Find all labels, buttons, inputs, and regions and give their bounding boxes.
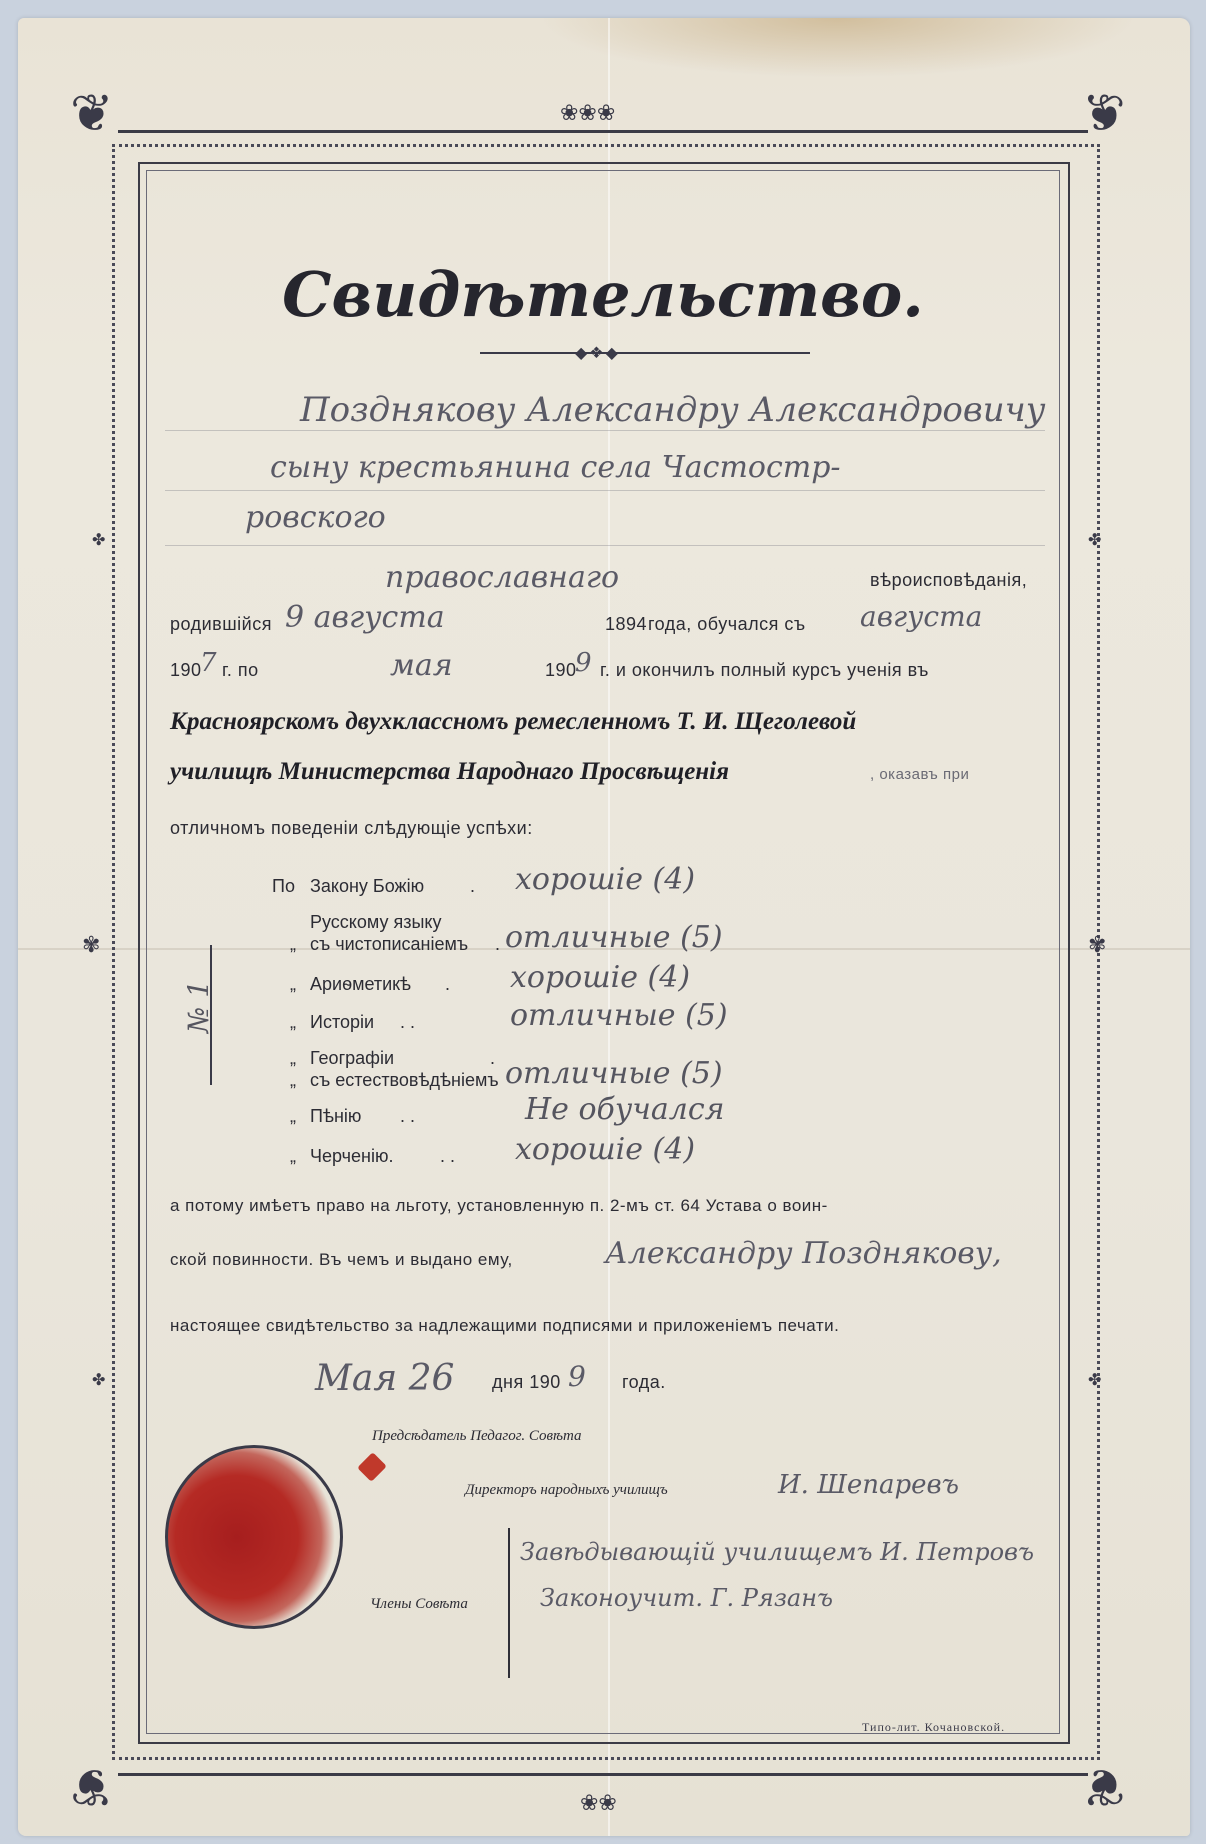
study-start-year-prefix: 190 bbox=[170, 660, 202, 681]
study-start-year-digit: 7 bbox=[200, 648, 217, 678]
grade-prefix: „ bbox=[290, 1012, 296, 1033]
holder-name-line1: Позднякову Александру Александровичу bbox=[300, 390, 1045, 430]
flourish-corner-icon: ❦ bbox=[70, 88, 114, 140]
right-side-ornament-icon: ✾ bbox=[1088, 932, 1106, 958]
grade-value: отличные (5) bbox=[510, 998, 728, 1033]
born-day-month: 9 августа bbox=[285, 600, 445, 635]
subject-label: Географіи bbox=[310, 1048, 394, 1069]
subject-label: Русскому языку bbox=[310, 912, 441, 933]
grade-value: хорошіе (4) bbox=[515, 862, 695, 897]
director-label: Директоръ народныхъ училищъ bbox=[465, 1482, 668, 1499]
grade-prefix: „ bbox=[290, 1106, 296, 1127]
religion-label: вѣроисповѣданія, bbox=[870, 570, 1027, 591]
top-center-ornament-icon: ❀❀❀ bbox=[560, 100, 615, 126]
left-rosette-icon: ✤ bbox=[92, 530, 105, 550]
religion-value: православнаго bbox=[385, 560, 619, 595]
study-start-month: августа bbox=[860, 600, 982, 633]
grade-value: отличные (5) bbox=[505, 920, 723, 955]
left-side-ornament-icon: ✾ bbox=[82, 932, 100, 958]
issue-date-handwritten: Мая 26 bbox=[315, 1358, 454, 1399]
leader-dots: . . bbox=[400, 1012, 415, 1033]
grade-prefix: „ bbox=[290, 1070, 296, 1091]
grade-prefix: „ bbox=[290, 1048, 296, 1069]
holder-name-line3: ровского bbox=[245, 500, 386, 535]
member1-signature: Завѣдывающій училищемъ И. Петровъ bbox=[520, 1538, 1034, 1566]
subject-label: съ чистописаніемъ bbox=[310, 934, 468, 955]
grade-value: Не обучался bbox=[525, 1092, 725, 1127]
grade-prefix: „ bbox=[290, 974, 296, 995]
issue-date-year-digit: 9 bbox=[568, 1360, 586, 1393]
fill-line bbox=[165, 430, 1045, 431]
study-to-label: г. по bbox=[222, 660, 259, 681]
flourish-corner-icon: ❦ bbox=[70, 1760, 114, 1812]
members-bracket bbox=[508, 1528, 510, 1678]
grade-prefix: „ bbox=[290, 934, 296, 955]
registry-number: № 1 bbox=[182, 980, 215, 1033]
study-end-month: мая bbox=[390, 648, 453, 683]
privilege-line1: а потому имѣетъ право на льготу, установ… bbox=[170, 1196, 828, 1216]
leader-dots: . . bbox=[400, 1106, 415, 1127]
issue-date-year-label: года. bbox=[622, 1372, 666, 1393]
bottom-center-ornament-icon: ❀❀ bbox=[580, 1790, 617, 1816]
issue-date-day-label: дня 190 bbox=[492, 1372, 561, 1393]
flourish-corner-icon: ❦ bbox=[1082, 1760, 1126, 1812]
subject-label: Черченію. bbox=[310, 1146, 393, 1167]
water-stain bbox=[538, 18, 1138, 78]
leader-dots: . . bbox=[440, 1146, 455, 1167]
conduct-line: отличномъ поведеніи слѣдующіе успѣхи: bbox=[170, 818, 533, 839]
study-end-year-digit: 9 bbox=[575, 648, 592, 678]
school-name-line2: училищѣ Министерства Народнаго Просвѣщен… bbox=[170, 758, 729, 786]
study-end-suffix: г. и окончилъ полный курсъ ученія въ bbox=[600, 660, 929, 681]
divider-ornament-icon: ◆❖◆ bbox=[575, 343, 620, 363]
wax-seal bbox=[165, 1445, 343, 1629]
fill-line bbox=[165, 545, 1045, 546]
chairman-label: Предсѣдатель Педагог. Совѣта bbox=[372, 1428, 582, 1445]
subject-label: Ариѳметикѣ bbox=[310, 974, 411, 995]
born-year: 1894 bbox=[605, 614, 647, 635]
grade-prefix: „ bbox=[290, 1146, 296, 1167]
member2-signature: Законоучит. Г. Рязанъ bbox=[540, 1584, 833, 1612]
document-title: Свидѣтельство. bbox=[0, 258, 1206, 331]
holder-name-line2: сыну крестьянина села Частостр- bbox=[270, 450, 841, 485]
leader-dots: . bbox=[470, 876, 475, 897]
title-divider bbox=[480, 352, 810, 354]
members-label: Члены Совѣта bbox=[370, 1596, 468, 1613]
privilege-line2-prefix: ской повинности. Въ чемъ и выдано ему, bbox=[170, 1250, 513, 1270]
director-signature: И. Шепаревъ bbox=[778, 1470, 959, 1500]
subject-label: Пѣнію bbox=[310, 1106, 361, 1127]
grade-prefix: По bbox=[272, 876, 295, 897]
subject-label: Закону Божію bbox=[310, 876, 424, 897]
born-label: родившійся bbox=[170, 614, 272, 635]
born-suffix: года, обучался съ bbox=[648, 614, 806, 635]
flourish-corner-icon: ❦ bbox=[1082, 88, 1126, 140]
fill-line bbox=[165, 490, 1045, 491]
school-name-line1: Красноярскомъ двухклассномъ ремесленномъ… bbox=[170, 708, 856, 736]
grade-value: хорошіе (4) bbox=[510, 960, 690, 995]
school-line2-suffix: , оказавъ при bbox=[870, 766, 969, 783]
subject-label: Исторіи bbox=[310, 1012, 374, 1033]
printer-imprint: Типо-лит. Кочановской. bbox=[862, 1720, 1005, 1735]
leader-dots: . bbox=[445, 974, 450, 995]
right-rosette-icon: ✤ bbox=[1088, 530, 1101, 550]
right-rosette-icon: ✤ bbox=[1088, 1370, 1101, 1390]
privilege-recipient-name: Александру Позднякову, bbox=[605, 1236, 1002, 1271]
left-rosette-icon: ✤ bbox=[92, 1370, 105, 1390]
study-end-year-prefix: 190 bbox=[545, 660, 577, 681]
privilege-line3: настоящее свидѣтельство за надлежащими п… bbox=[170, 1316, 839, 1336]
grade-value: отличные (5) bbox=[505, 1056, 723, 1091]
leader-dots: . bbox=[490, 1048, 495, 1069]
subject-label: съ естествовѣдѣніемъ bbox=[310, 1070, 499, 1091]
leader-dots: . bbox=[495, 934, 500, 955]
grade-value: хорошіе (4) bbox=[515, 1132, 695, 1167]
